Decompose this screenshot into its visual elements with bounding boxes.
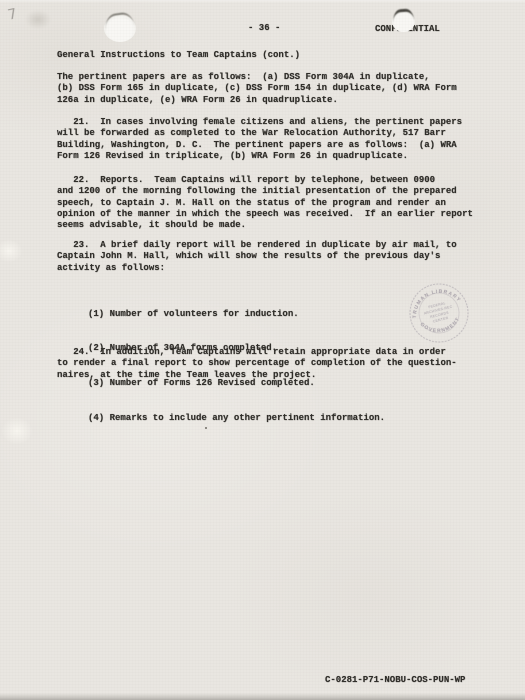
archive-stamp: TRUMAN LIBRARY GOVERNMENT FEDERAL ARCHIV…	[398, 274, 479, 353]
paragraph-intro: The pertinent papers are as follows: (a)…	[57, 72, 457, 106]
paragraph-23: 23. A brief daily report will be rendere…	[57, 240, 457, 274]
document-heading: General Instructions to Team Captains (c…	[57, 50, 300, 61]
footer-file-code: C-0281-P71-NOBU-COS-PUN-WP	[325, 675, 465, 686]
page-number: - 36 -	[248, 23, 280, 34]
hole-ghost-mark	[0, 240, 22, 262]
punch-hole-left	[104, 15, 136, 42]
paragraph-22: 22. Reports. Team Captains will report b…	[57, 175, 473, 232]
punch-hole-right	[392, 11, 415, 32]
list-item: (1) Number of volunteers for induction.	[88, 309, 385, 321]
paragraph-24: 24. In addition, Team Captains will reta…	[57, 347, 457, 381]
scanned-document-page: 7 - 36 - CONFIDENTIAL General Instructio…	[0, 0, 525, 700]
smudge-mark	[25, 10, 51, 29]
bottom-edge-shadow	[0, 693, 525, 700]
paragraph-21: 21. In cases involving female citizens a…	[57, 117, 462, 162]
pencil-mark: 7	[7, 7, 19, 23]
top-edge-highlight	[0, 0, 525, 3]
list-item: (4) Remarks to include any other pertine…	[88, 413, 385, 425]
hole-ghost-mark	[2, 418, 32, 444]
